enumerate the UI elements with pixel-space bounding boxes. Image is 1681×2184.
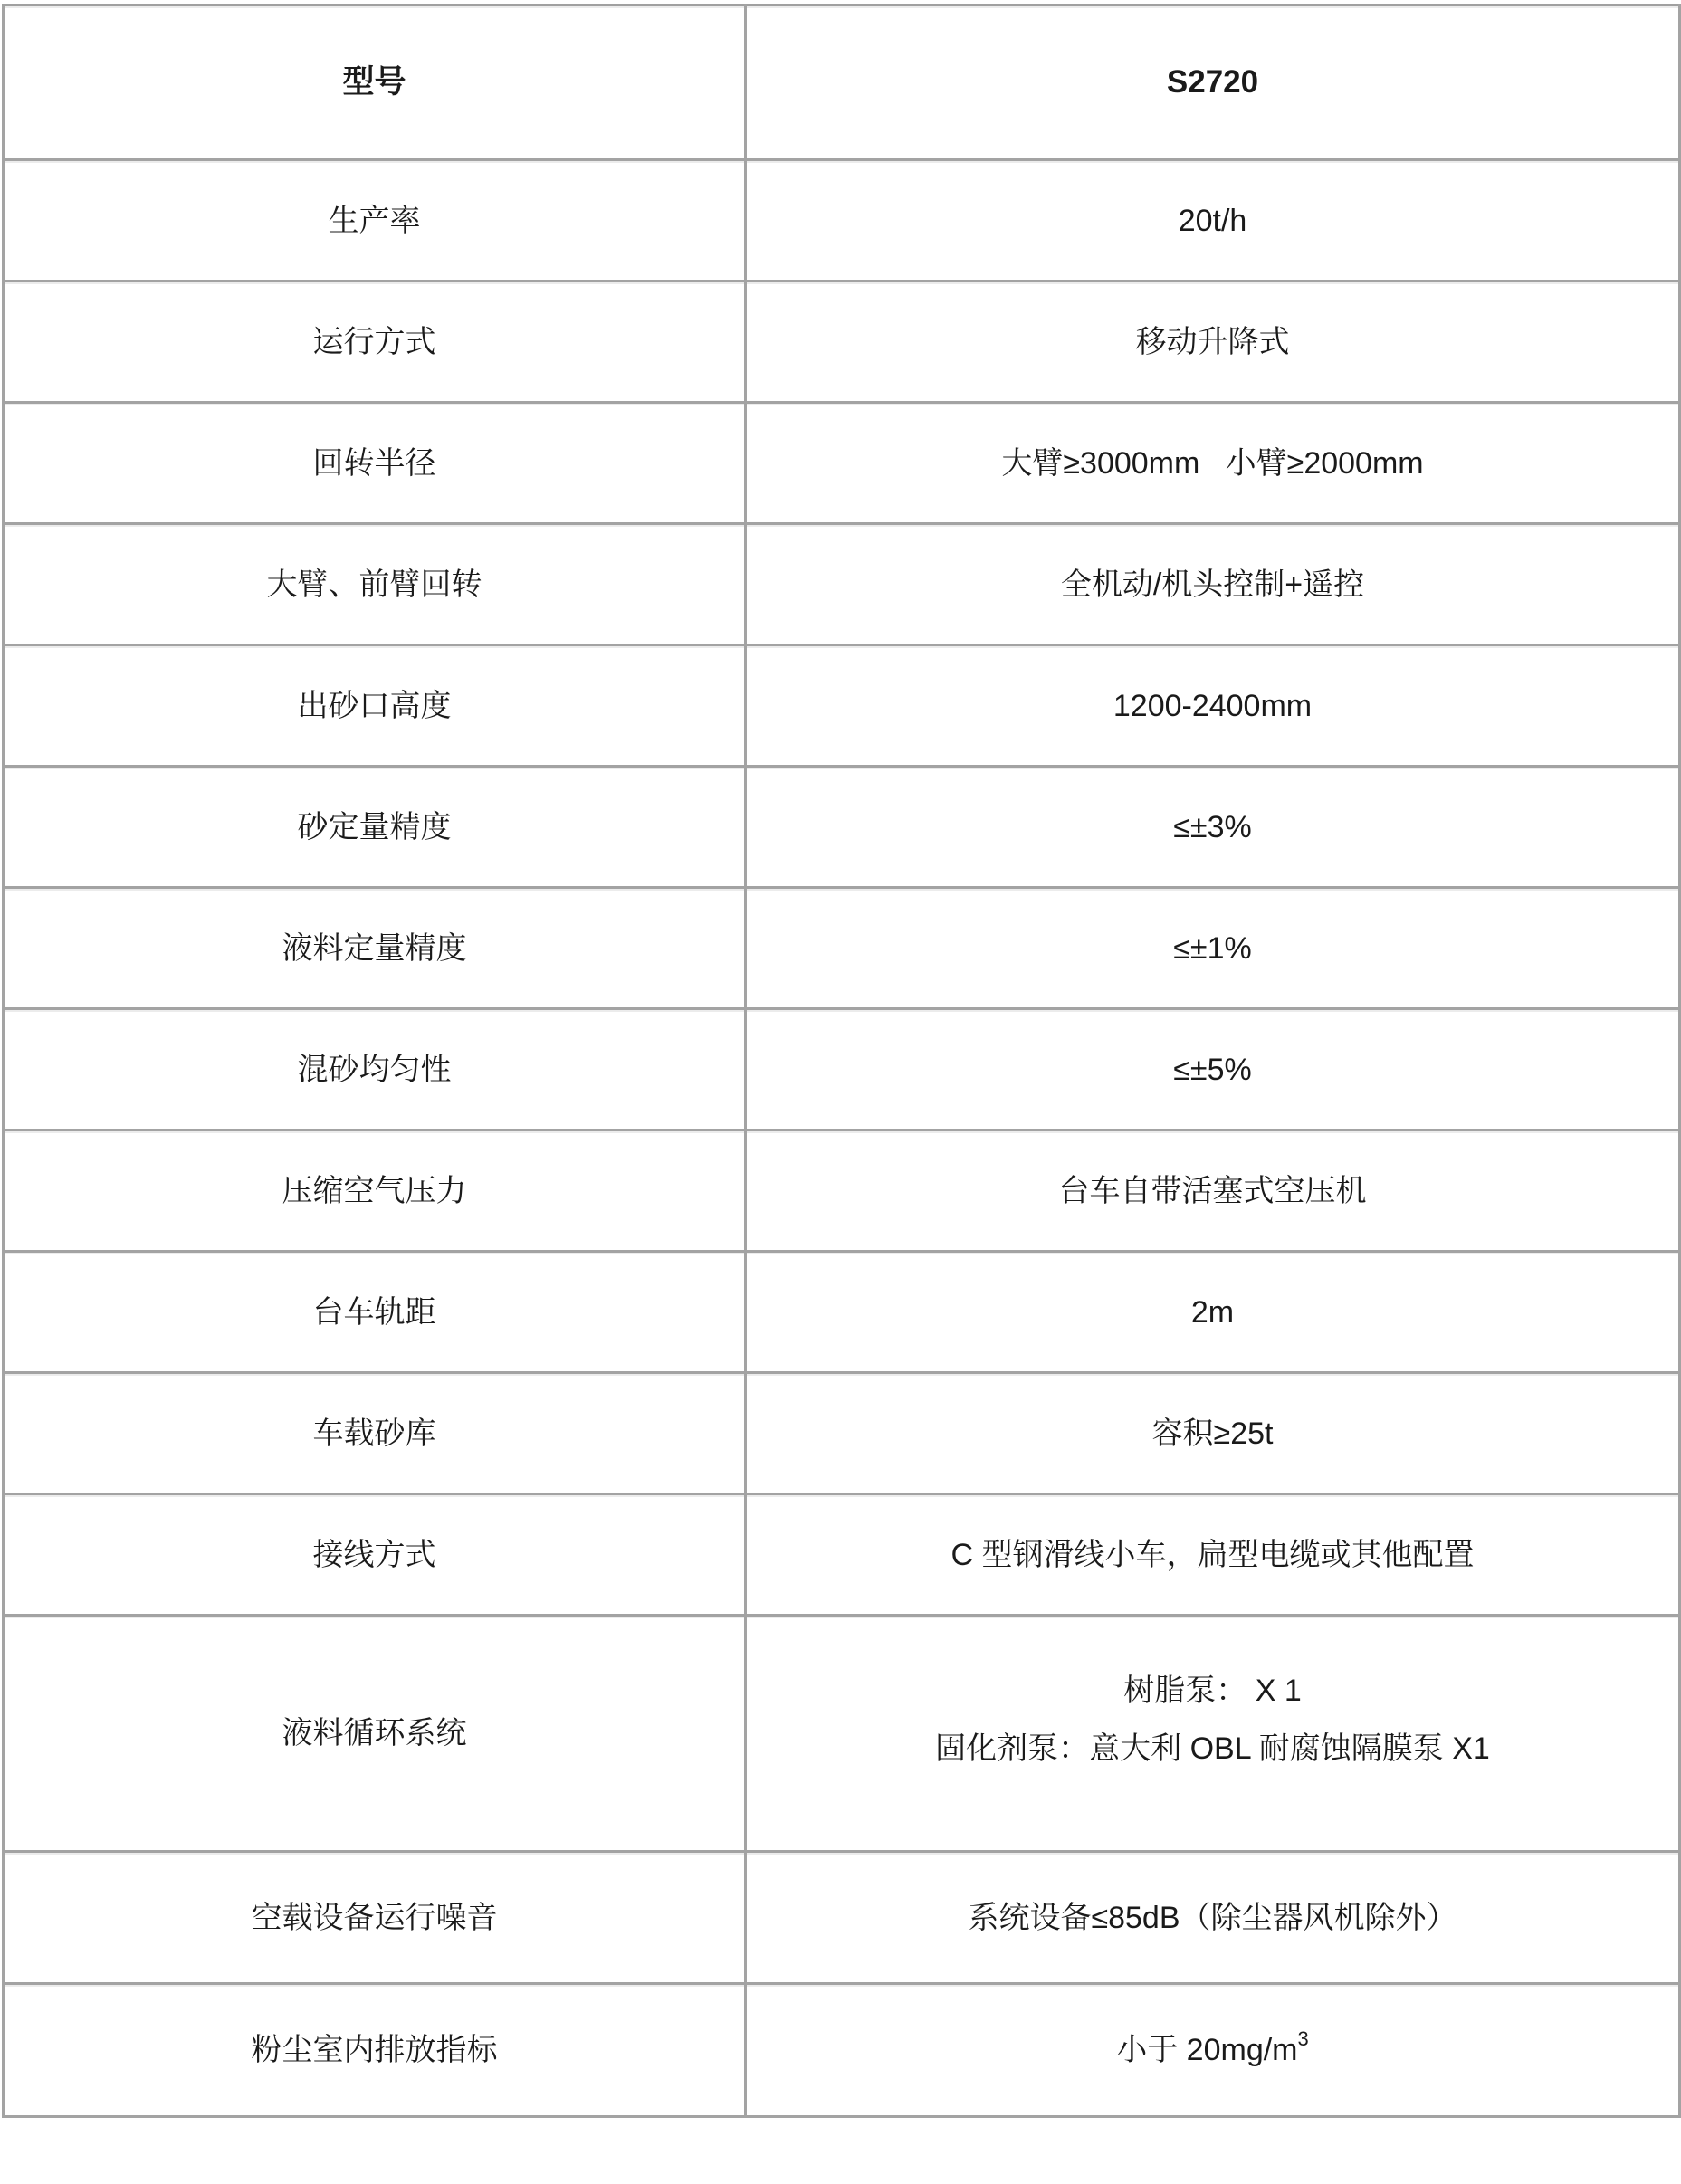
- row-value: 1200-2400mm: [746, 645, 1680, 767]
- row-value: 系统设备≤85dB（除尘器风机除外）: [746, 1852, 1680, 1984]
- row-value: ≤±5%: [746, 1009, 1680, 1130]
- row-label: 压缩空气压力: [4, 1130, 746, 1252]
- table-row: 车载砂库 容积≥25t: [4, 1373, 1680, 1494]
- superscript-exponent: 3: [1298, 2027, 1309, 2050]
- table-row: 空载设备运行噪音 系统设备≤85dB（除尘器风机除外）: [4, 1852, 1680, 1984]
- row-label: 接线方式: [4, 1494, 746, 1616]
- row-value: 移动升降式: [746, 281, 1680, 403]
- table-row: 砂定量精度 ≤±3%: [4, 767, 1680, 888]
- row-value: C 型钢滑线小车，扁型电缆或其他配置: [746, 1494, 1680, 1616]
- row-label: 粉尘室内排放指标: [4, 1984, 746, 2117]
- table-row: 回转半径 大臂≥3000mm 小臂≥2000mm: [4, 403, 1680, 524]
- table-row: 液料循环系统 树脂泵： X 1 固化剂泵：意大利 OBL 耐腐蚀隔膜泵 X1: [4, 1616, 1680, 1852]
- row-value: 大臂≥3000mm 小臂≥2000mm: [746, 403, 1680, 524]
- row-value: ≤±1%: [746, 888, 1680, 1009]
- row-value: 2m: [746, 1252, 1680, 1373]
- value-line-resin-pump: 树脂泵： X 1: [747, 1662, 1678, 1720]
- row-label: 运行方式: [4, 281, 746, 403]
- row-value: 台车自带活塞式空压机: [746, 1130, 1680, 1252]
- row-label: 大臂、前臂回转: [4, 524, 746, 645]
- table-row: 台车轨距 2m: [4, 1252, 1680, 1373]
- row-label: 空载设备运行噪音: [4, 1852, 746, 1984]
- header-value-cell: S2720: [746, 5, 1680, 160]
- table-header-row: 型号 S2720: [4, 5, 1680, 160]
- header-label-cell: 型号: [4, 5, 746, 160]
- row-value: 全机动/机头控制+遥控: [746, 524, 1680, 645]
- row-value: 20t/h: [746, 160, 1680, 281]
- table-row: 粉尘室内排放指标 小于 20mg/m3: [4, 1984, 1680, 2117]
- value-line-curing-pump: 固化剂泵：意大利 OBL 耐腐蚀隔膜泵 X1: [747, 1720, 1678, 1778]
- table-row: 混砂均匀性 ≤±5%: [4, 1009, 1680, 1130]
- spec-table: 型号 S2720 生产率 20t/h 运行方式 移动升降式 回转半径 大臂≥30…: [2, 4, 1681, 2118]
- row-label: 混砂均匀性: [4, 1009, 746, 1130]
- row-label: 生产率: [4, 160, 746, 281]
- table-row: 出砂口高度 1200-2400mm: [4, 645, 1680, 767]
- row-value-multiline: 树脂泵： X 1 固化剂泵：意大利 OBL 耐腐蚀隔膜泵 X1: [746, 1616, 1680, 1852]
- table-row: 接线方式 C 型钢滑线小车，扁型电缆或其他配置: [4, 1494, 1680, 1616]
- row-label: 回转半径: [4, 403, 746, 524]
- row-label: 砂定量精度: [4, 767, 746, 888]
- value-base-text: 小于 20mg/m: [1116, 2033, 1297, 2067]
- row-label: 出砂口高度: [4, 645, 746, 767]
- table-row: 生产率 20t/h: [4, 160, 1680, 281]
- table-row: 运行方式 移动升降式: [4, 281, 1680, 403]
- table-row: 压缩空气压力 台车自带活塞式空压机: [4, 1130, 1680, 1252]
- row-label: 液料循环系统: [4, 1616, 746, 1852]
- table-row: 大臂、前臂回转 全机动/机头控制+遥控: [4, 524, 1680, 645]
- row-label: 台车轨距: [4, 1252, 746, 1373]
- row-label: 车载砂库: [4, 1373, 746, 1494]
- row-value: 容积≥25t: [746, 1373, 1680, 1494]
- row-label: 液料定量精度: [4, 888, 746, 1009]
- row-value: 小于 20mg/m3: [746, 1984, 1680, 2117]
- table-row: 液料定量精度 ≤±1%: [4, 888, 1680, 1009]
- row-value: ≤±3%: [746, 767, 1680, 888]
